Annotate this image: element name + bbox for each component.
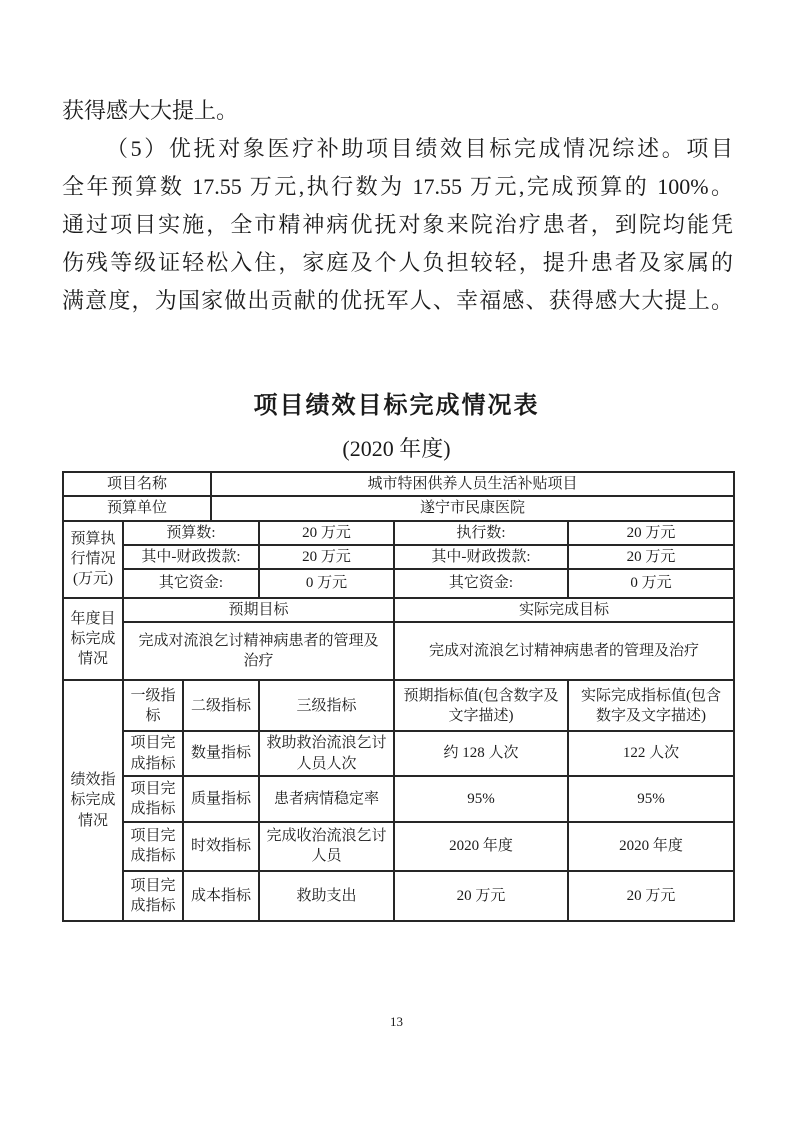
budget-unit-value: 遂宁市民康医院 [211, 496, 734, 520]
budget-row: 其它资金: 0 万元 其它资金: 0 万元 [63, 569, 734, 598]
budget-row: 其中-财政拨款: 20 万元 其中-财政拨款: 20 万元 [63, 545, 734, 569]
indicator-header-expected: 预期指标值(包含数字及 文字描述) [394, 680, 568, 731]
indicator-header-actual: 实际完成指标值(包含 数字及文字描述) [568, 680, 734, 731]
budget-unit-label: 预算单位 [63, 496, 211, 520]
indicator-level1: 项目完 成指标 [123, 776, 183, 822]
body-line: 满意度，为国家做出贡献的优抚军人、幸福感、获得感大大提上。 [62, 282, 733, 320]
indicator-section-label: 绩效指 标完成 情况 [63, 680, 123, 921]
budget-value: 20 万元 [259, 521, 394, 545]
budget-label: 预算数: [123, 521, 259, 545]
indicator-row: 项目完 成指标 数量指标 救助救治流浪乞讨 人员人次 约 128 人次 122 … [63, 731, 734, 776]
budget-label: 其中-财政拨款: [394, 545, 568, 569]
budget-label: 其它资金: [123, 569, 259, 598]
project-name-value: 城市特困供养人员生活补贴项目 [211, 472, 734, 496]
document-page: 获得感大大提上。 （5）优抚对象医疗补助项目绩效目标完成情况综述。项目 全年预算… [0, 0, 793, 1122]
indicator-level2: 成本指标 [183, 871, 259, 921]
indicator-actual-value: 95% [568, 776, 734, 822]
indicator-actual-value: 122 人次 [568, 731, 734, 776]
budget-value: 20 万元 [259, 545, 394, 569]
body-line: 通过项目实施，全市精神病优抚对象来院治疗患者，到院均能凭 [62, 206, 733, 244]
body-paragraph: 获得感大大提上。 （5）优抚对象医疗补助项目绩效目标完成情况综述。项目 全年预算… [62, 92, 733, 320]
indicator-row: 项目完 成指标 成本指标 救助支出 20 万元 20 万元 [63, 871, 734, 921]
annual-target-section-label: 年度目 标完成 情况 [63, 598, 123, 680]
indicator-level3: 救助支出 [259, 871, 394, 921]
body-line: （5）优抚对象医疗补助项目绩效目标完成情况综述。项目 [62, 130, 733, 168]
indicator-level3: 患者病情稳定率 [259, 776, 394, 822]
expected-target-header: 预期目标 [123, 598, 394, 622]
indicator-level2: 时效指标 [183, 822, 259, 871]
table-subtitle: (2020 年度) [0, 435, 793, 463]
annual-target-value-row: 完成对流浪乞讨精神病患者的管理及 治疗 完成对流浪乞讨精神病患者的管理及治疗 [63, 622, 734, 680]
budget-label: 其它资金: [394, 569, 568, 598]
indicator-actual-value: 20 万元 [568, 871, 734, 921]
indicator-expected-value: 约 128 人次 [394, 731, 568, 776]
indicator-actual-value: 2020 年度 [568, 822, 734, 871]
budget-value: 20 万元 [568, 545, 734, 569]
body-line: 伤残等级证轻松入住，家庭及个人负担较轻，提升患者及家属的 [62, 244, 733, 282]
budget-label: 执行数: [394, 521, 568, 545]
budget-value: 0 万元 [259, 569, 394, 598]
indicator-expected-value: 95% [394, 776, 568, 822]
actual-target-value: 完成对流浪乞讨精神病患者的管理及治疗 [394, 622, 734, 680]
indicator-header-level2: 二级指标 [183, 680, 259, 731]
page-number: 13 [0, 1014, 793, 1030]
budget-value: 20 万元 [568, 521, 734, 545]
indicator-level3: 救助救治流浪乞讨 人员人次 [259, 731, 394, 776]
project-name-label: 项目名称 [63, 472, 211, 496]
table-title: 项目绩效目标完成情况表 [0, 390, 793, 422]
indicator-level1: 项目完 成指标 [123, 731, 183, 776]
indicator-level3: 完成收治流浪乞讨 人员 [259, 822, 394, 871]
annual-target-header-row: 年度目 标完成 情况 预期目标 实际完成目标 [63, 598, 734, 622]
indicator-expected-value: 2020 年度 [394, 822, 568, 871]
indicator-level2: 数量指标 [183, 731, 259, 776]
indicator-level1: 项目完 成指标 [123, 871, 183, 921]
budget-value: 0 万元 [568, 569, 734, 598]
actual-target-header: 实际完成目标 [394, 598, 734, 622]
indicator-expected-value: 20 万元 [394, 871, 568, 921]
budget-row: 预算执 行情况 (万元) 预算数: 20 万元 执行数: 20 万元 [63, 521, 734, 545]
indicator-level1: 项目完 成指标 [123, 822, 183, 871]
budget-section-label: 预算执 行情况 (万元) [63, 521, 123, 599]
indicator-row: 项目完 成指标 时效指标 完成收治流浪乞讨 人员 2020 年度 2020 年度 [63, 822, 734, 871]
expected-target-value: 完成对流浪乞讨精神病患者的管理及 治疗 [123, 622, 394, 680]
indicator-header-row: 绩效指 标完成 情况 一级指 标 二级指标 三级指标 预期指标值(包含数字及 文… [63, 680, 734, 731]
indicator-header-level3: 三级指标 [259, 680, 394, 731]
indicator-level2: 质量指标 [183, 776, 259, 822]
body-line: 获得感大大提上。 [62, 92, 733, 130]
project-name-row: 项目名称 城市特困供养人员生活补贴项目 [63, 472, 734, 496]
budget-label: 其中-财政拨款: [123, 545, 259, 569]
performance-table: 项目名称 城市特困供养人员生活补贴项目 预算单位 遂宁市民康医院 预算执 行情况… [62, 471, 735, 922]
budget-unit-row: 预算单位 遂宁市民康医院 [63, 496, 734, 520]
indicator-header-level1: 一级指 标 [123, 680, 183, 731]
body-line: 全年预算数 17.55 万元,执行数为 17.55 万元,完成预算的 100%。 [62, 168, 733, 206]
indicator-row: 项目完 成指标 质量指标 患者病情稳定率 95% 95% [63, 776, 734, 822]
